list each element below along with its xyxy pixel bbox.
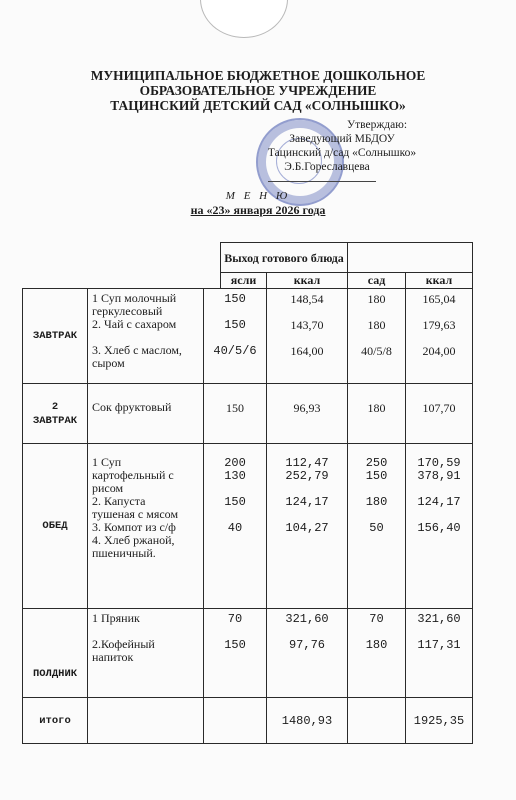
output-group-header: Выход готового блюда bbox=[221, 243, 348, 273]
col-yasli: ясли bbox=[221, 273, 267, 289]
dish-list: 1 Суп молочныйгеркулесовый2. Чай с сахар… bbox=[88, 289, 204, 384]
total-empty bbox=[204, 698, 267, 744]
value-yasli: 40 bbox=[204, 521, 266, 534]
col-kcal-2: ккал bbox=[406, 273, 473, 289]
value-yasli: 150 bbox=[204, 638, 266, 651]
value-kcal1: 104,27 bbox=[267, 521, 347, 534]
total-row: ИТОГО1480,931925,35 bbox=[23, 698, 473, 744]
meal-name: ПОЛДНИК bbox=[23, 609, 88, 698]
value-sad: 180 bbox=[348, 292, 405, 305]
cell-kcal2: 321,60117,31 bbox=[406, 609, 473, 698]
dish-list: Сок фруктовый bbox=[88, 384, 204, 444]
approval-block: Утверждаю: Заведующий МБДОУ Тацинский д/… bbox=[232, 118, 452, 174]
value-yasli: 70 bbox=[204, 612, 266, 625]
col-sad: сад bbox=[348, 273, 406, 289]
dish-list: 1 Пряник 2.Кофейныйнапиток bbox=[88, 609, 204, 698]
value-yasli: 130 bbox=[204, 469, 266, 482]
value-kcal2: 165,04 bbox=[406, 292, 472, 305]
value-yasli: 150 bbox=[204, 292, 266, 305]
dish-line: 2. Чай с сахаром bbox=[92, 318, 203, 331]
header-line-3: ТАЦИНСКИЙ ДЕТСКИЙ САД «СОЛНЫШКО» bbox=[0, 98, 516, 113]
meal-name-line: 2 bbox=[23, 400, 87, 414]
approval-line-1: Утверждаю: bbox=[232, 118, 452, 132]
header-line-1: МУНИЦИПАЛЬНОЕ БЮДЖЕТНОЕ ДОШКОЛЬНОЕ bbox=[0, 68, 516, 83]
menu-table: ЗАВТРАК1 Суп молочныйгеркулесовый2. Чай … bbox=[22, 288, 473, 744]
approval-line-2: Заведующий МБДОУ bbox=[232, 132, 452, 146]
cell-sad: 70180 bbox=[348, 609, 406, 698]
value-kcal2: 156,40 bbox=[406, 521, 472, 534]
meal-row: ЗАВТРАК1 Суп молочныйгеркулесовый2. Чай … bbox=[23, 289, 473, 384]
dish-line: напиток bbox=[92, 651, 203, 664]
meal-row: ПОЛДНИК1 Пряник 2.Кофейныйнапиток7015032… bbox=[23, 609, 473, 698]
dish-line: Сок фруктовый bbox=[92, 401, 203, 414]
approval-line-4: Э.Б.Гореславцева bbox=[232, 160, 452, 174]
total-empty bbox=[88, 698, 204, 744]
signature-line bbox=[268, 181, 376, 182]
cell-yasli: 20013015040 bbox=[204, 444, 267, 609]
col-kcal-1: ккал bbox=[267, 273, 348, 289]
value-kcal1: 112,47 bbox=[267, 456, 347, 469]
cell-kcal2: 165,04179,63204,00 bbox=[406, 289, 473, 384]
total-label: ИТОГО bbox=[23, 698, 88, 744]
value-sad: 180 bbox=[348, 401, 405, 414]
value-yasli: 200 bbox=[204, 456, 266, 469]
value-kcal1: 124,17 bbox=[267, 495, 347, 508]
value-kcal1: 97,76 bbox=[267, 638, 347, 651]
cell-yasli: 15015040/5/6 bbox=[204, 289, 267, 384]
value-sad: 180 bbox=[348, 638, 405, 651]
value-kcal1: 96,93 bbox=[267, 401, 347, 414]
menu-title: М Е Н Ю bbox=[0, 190, 516, 202]
cell-sad: 25015018050 bbox=[348, 444, 406, 609]
value-yasli: 40/5/6 bbox=[204, 344, 266, 357]
value-yasli: 150 bbox=[204, 401, 266, 414]
value-sad: 70 bbox=[348, 612, 405, 625]
value-kcal2: 321,60 bbox=[406, 612, 472, 625]
cell-kcal1: 321,6097,76 bbox=[267, 609, 348, 698]
table-header: Выход готового блюда ясли ккал сад ккал bbox=[220, 242, 473, 289]
cell-yasli: 150 bbox=[204, 384, 267, 444]
value-kcal1: 164,00 bbox=[267, 344, 347, 357]
value-sad: 180 bbox=[348, 318, 405, 331]
value-kcal2: 107,70 bbox=[406, 401, 472, 414]
cell-kcal1: 112,47252,79124,17104,27 bbox=[267, 444, 348, 609]
value-yasli: 150 bbox=[204, 318, 266, 331]
value-kcal2: 117,31 bbox=[406, 638, 472, 651]
meal-name: ОБЕД bbox=[23, 444, 88, 609]
cell-kcal2: 107,70 bbox=[406, 384, 473, 444]
value-kcal2: 204,00 bbox=[406, 344, 472, 357]
empty-group-header bbox=[348, 243, 473, 273]
dish-line: пшеничный. bbox=[92, 547, 203, 560]
approval-line-3: Тацинский д/сад «Солнышко» bbox=[232, 146, 452, 160]
menu-date: на «23» января 2026 года bbox=[0, 203, 516, 218]
institution-header: МУНИЦИПАЛЬНОЕ БЮДЖЕТНОЕ ДОШКОЛЬНОЕ ОБРАЗ… bbox=[0, 68, 516, 113]
total-kcal-2: 1925,35 bbox=[406, 698, 473, 744]
dish-list: 1 Супкартофельный срисом2. Капустатушена… bbox=[88, 444, 204, 609]
dish-line: 1 Пряник bbox=[92, 612, 203, 625]
cell-kcal2: 170,59378,91124,17156,40 bbox=[406, 444, 473, 609]
value-sad: 150 bbox=[348, 469, 405, 482]
value-sad: 40/5/8 bbox=[348, 344, 405, 357]
value-kcal2: 170,59 bbox=[406, 456, 472, 469]
cell-sad: 180 bbox=[348, 384, 406, 444]
punch-hole bbox=[200, 0, 288, 38]
value-kcal2: 179,63 bbox=[406, 318, 472, 331]
value-kcal1: 321,60 bbox=[267, 612, 347, 625]
meal-name: ЗАВТРАК bbox=[23, 289, 88, 384]
cell-kcal1: 96,93 bbox=[267, 384, 348, 444]
header-line-2: ОБРАЗОВАТЕЛЬНОЕ УЧРЕЖДЕНИЕ bbox=[0, 83, 516, 98]
total-empty bbox=[348, 698, 406, 744]
meal-name: 2ЗАВТРАК bbox=[23, 384, 88, 444]
value-kcal1: 252,79 bbox=[267, 469, 347, 482]
value-yasli: 150 bbox=[204, 495, 266, 508]
total-kcal-1: 1480,93 bbox=[267, 698, 348, 744]
meal-name-line: ЗАВТРАК bbox=[23, 414, 87, 428]
value-kcal1: 143,70 bbox=[267, 318, 347, 331]
value-sad: 50 bbox=[348, 521, 405, 534]
value-sad: 180 bbox=[348, 495, 405, 508]
value-sad: 250 bbox=[348, 456, 405, 469]
cell-sad: 18018040/5/8 bbox=[348, 289, 406, 384]
value-kcal1: 148,54 bbox=[267, 292, 347, 305]
value-kcal2: 124,17 bbox=[406, 495, 472, 508]
value-kcal2: 378,91 bbox=[406, 469, 472, 482]
cell-yasli: 70150 bbox=[204, 609, 267, 698]
meal-row: 2ЗАВТРАКСок фруктовый15096,93180107,70 bbox=[23, 384, 473, 444]
dish-line: сыром bbox=[92, 357, 203, 370]
meal-row: ОБЕД1 Супкартофельный срисом2. Капустату… bbox=[23, 444, 473, 609]
cell-kcal1: 148,54143,70164,00 bbox=[267, 289, 348, 384]
